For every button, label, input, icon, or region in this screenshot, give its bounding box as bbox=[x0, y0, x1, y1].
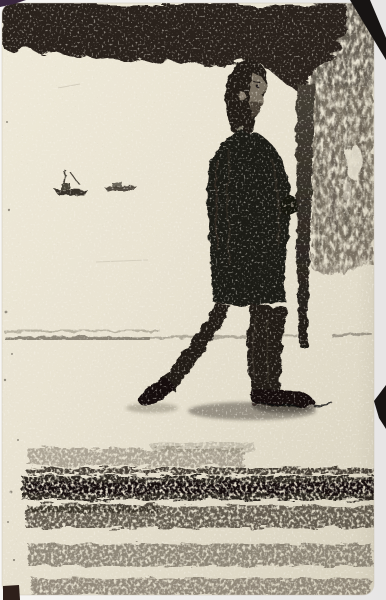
sketchbook-page bbox=[2, 3, 378, 596]
cover-corner-bottom-left bbox=[3, 585, 20, 600]
sketch-photo-svg bbox=[0, 0, 386, 600]
sketchbook-photo bbox=[0, 0, 386, 600]
charcoal-dust-overlay bbox=[2, 3, 374, 595]
